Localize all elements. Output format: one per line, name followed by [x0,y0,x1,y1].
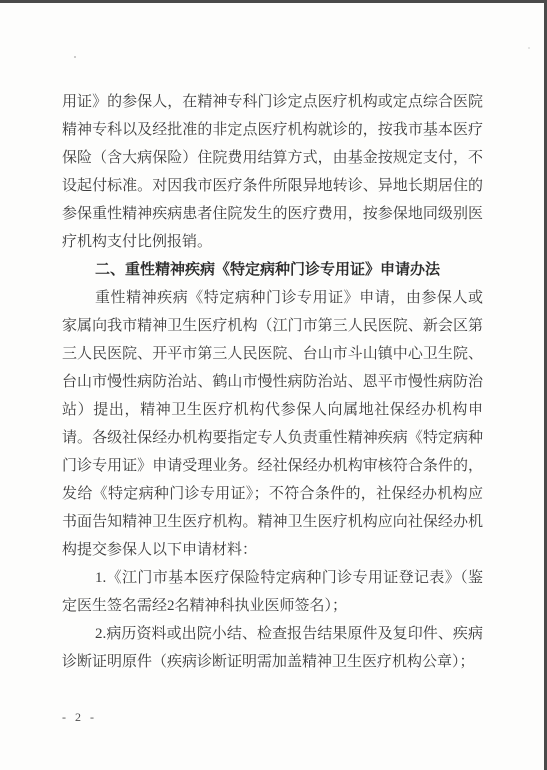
scan-speck [74,56,76,58]
application-paragraph: 重性精神疾病《特定病种门诊专用证》申请，由参保人或家属向我市精神卫生医疗机构（江… [62,284,483,564]
material-item-2: 2.病历资料或出院小结、检查报告结果原件及复印件、疾病诊断证明原件（疾病诊断证明… [62,620,483,676]
page-number: - 2 - [62,710,97,725]
material-item-1: 1.《江门市基本医疗保险特定病种门诊专用证登记表》（鉴定医生签名需经2名精神科执… [62,564,483,620]
document-body: 用证》的参保人，在精神专科门诊定点医疗机构或定点综合医院精神专科以及经批准的非定… [62,88,483,676]
scan-speck [528,47,530,49]
scan-edge-top [0,0,547,3]
scanned-document-page: 用证》的参保人，在精神专科门诊定点医疗机构或定点综合医院精神专科以及经批准的非定… [0,0,547,770]
section-heading: 二、重性精神疾病《特定病种门诊专用证》申请办法 [62,256,483,284]
paragraph-continuation: 用证》的参保人，在精神专科门诊定点医疗机构或定点综合医院精神专科以及经批准的非定… [62,88,483,256]
